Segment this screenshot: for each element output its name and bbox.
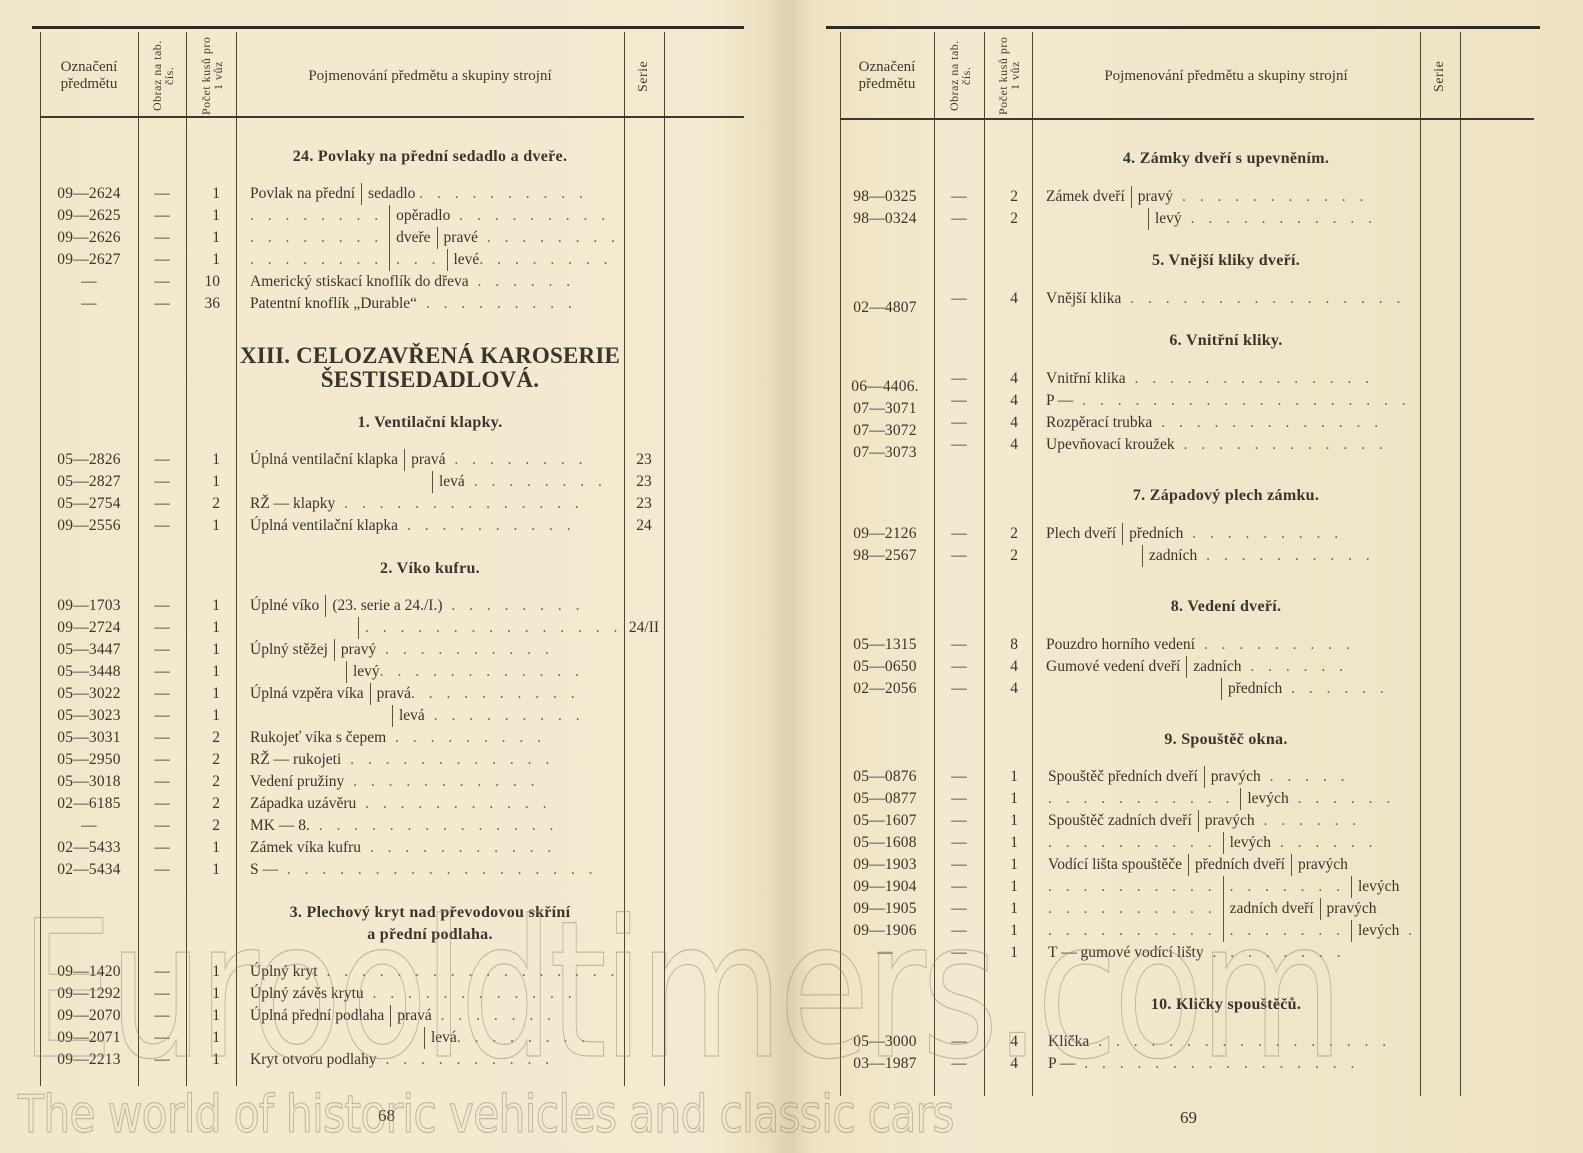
table-row: 05—3031 — 2 Rukojeť víka s čepem . . . .… — [32, 727, 744, 749]
table-row: 09—1906 — 1 . . . . . . . . . .. . . . .… — [826, 920, 1540, 942]
table-row: 02—6185 — 2 Západka uzávěru . . . . . . … — [32, 793, 744, 815]
table-row: 09—2627 — 1 . . . . . . . .. . .levé. . … — [32, 249, 744, 271]
table-row: — — 10 Americký stiskací knoflík do dřev… — [32, 271, 744, 293]
page-number-right: 69 — [1180, 1108, 1197, 1128]
section-title: 10. Kličky spouštěčů. — [1032, 996, 1420, 1014]
table-row: 05—2827 — 1 levá . . . . . . . . 23 — [32, 471, 744, 493]
table-row: 09—2071 — 1 levá. . . . . . . . — [32, 1027, 744, 1049]
table-row: 09—1420 — 1 Úplný kryt . . . . . . . . .… — [32, 961, 744, 983]
table-row: 05—3448 — 1 levý. . . . . . . . . . . . — [32, 661, 744, 683]
section-title: 7. Západový plech zámku. — [1032, 487, 1420, 505]
header-name: Pojmenování předmětu a skupiny strojní — [236, 36, 624, 116]
table-row: 05—2754 — 2 RŽ — klapky . . . . . . . . … — [32, 493, 744, 515]
table-row: 09—2625 — 1 . . . . . . . .opěradlo . . … — [32, 205, 744, 227]
table-row: 05—2826 — 1 Úplná ventilační klapkapravá… — [32, 449, 744, 471]
table-row: 09—2070 — 1 Úplná přední podlahapravá . … — [32, 1005, 744, 1027]
right-page: Označení předmětu Obraz na tab. čís. Poč… — [826, 26, 1540, 1096]
table-row: 02—2056 — 4 předních . . . . . . — [826, 678, 1540, 700]
header-image: Obraz na tab. čís. — [144, 36, 182, 116]
section-title-line2: a přední podlaha. — [236, 926, 624, 944]
table-row: 09—1905 — 1 . . . . . . . . . .zadních d… — [826, 898, 1540, 920]
table-row: 06—4406. — 4 Vnitřní klika . . . . . . .… — [826, 368, 1540, 390]
table-row: 05—3018 — 2 Vedení pružiny . . . . . . .… — [32, 771, 744, 793]
table-row: 02—5433 — 1 Zámek víka kufru . . . . . .… — [32, 837, 744, 859]
page-number-left: 68 — [378, 1106, 395, 1126]
table-row: 02—5434 — 1 S — . . . . . . . . . . . . … — [32, 859, 744, 881]
table-row: 05—0650 — 4 Gumové vedení dveřízadních .… — [826, 656, 1540, 678]
header-rule — [40, 116, 744, 118]
table-row: 03—1987 — 4 P — . . . . . . . . . . . . … — [826, 1053, 1540, 1075]
header-serie: Serie — [626, 36, 662, 116]
table-row: 09—1292 — 1 Úplný závěs krytu . . . . . … — [32, 983, 744, 1005]
section-title: 8. Vedení dveří. — [1032, 598, 1420, 616]
chapter-title-line1: XIII. CELOZAVŘENÁ KAROSERIE — [236, 344, 624, 368]
table-row: 09—1903 — 1 Vodící lišta spouštěčepřední… — [826, 854, 1540, 876]
book-gutter — [770, 0, 810, 1153]
section-title: 1. Ventilační klapky. — [236, 414, 624, 432]
table-row: 07—3073 — 4 Upevňovací kroužek . . . . .… — [826, 434, 1540, 456]
header-serie: Serie — [1422, 36, 1458, 116]
table-row: 09—1703 — 1 Úplné víko(23. serie a 24./I… — [32, 595, 744, 617]
section-title: 24. Povlaky na přední sedadlo a dveře. — [236, 148, 624, 166]
top-rule — [32, 26, 744, 29]
header-name: Pojmenování předmětu a skupiny strojní — [1032, 36, 1420, 116]
table-row: 05—1607 — 1 Spouštěč zadních dveřípravýc… — [826, 810, 1540, 832]
table-row: 05—0877 — 1 . . . . . . . . . . .levých … — [826, 788, 1540, 810]
table-row: 05—1315 — 8 Pouzdro horního vedení . . .… — [826, 634, 1540, 656]
top-rule — [826, 26, 1540, 29]
header-code: Označení předmětu — [840, 36, 934, 116]
table-row: — — 1 T — gumové vodící lišty . . . . . … — [826, 942, 1540, 964]
table-row: 05—3447 — 1 Úplný stěžejpravý . . . . . … — [32, 639, 744, 661]
table-row: 07—3072 — 4 Rozpěrací trubka . . . . . .… — [826, 412, 1540, 434]
section-title: 2. Víko kufru. — [236, 560, 624, 578]
table-row: 09—2626 — 1 . . . . . . . .dveřepravé . … — [32, 227, 744, 249]
table-row: 09—2126 — 2 Plech dveřípředních . . . . … — [826, 523, 1540, 545]
table-row: 09—2724 — 1 . . . . . . . . . . . . . . … — [32, 617, 744, 639]
table-row: 98—0325 — 2 Zámek dveřípravý . . . . . .… — [826, 186, 1540, 208]
section-title-line1: 3. Plechový kryt nad převodovou skříní — [236, 904, 624, 922]
table-row: 09—1904 — 1 . . . . . . . . . .. . . . .… — [826, 876, 1540, 898]
table-row: 05—3022 — 1 Úplná vzpěra víkapravá. . . … — [32, 683, 744, 705]
header-image: Obraz na tab. čís. — [940, 36, 980, 116]
table-row: 05—3000 — 4 Klička . . . . . . . . . . .… — [826, 1031, 1540, 1053]
section-title: 9. Spouštěč okna. — [1032, 731, 1420, 749]
table-row: 09—2624 — 1 Povlak na přednísedadlo . . … — [32, 183, 744, 205]
section-title: 4. Zámky dveří s upevněním. — [1032, 150, 1420, 168]
left-page: Označení předmětu Obraz na tab. čís. Poč… — [32, 26, 744, 1086]
chapter-title-line2: ŠESTISEDADLOVÁ. — [236, 368, 624, 392]
table-row: 07—3071 — 4 P — . . . . . . . . . . . . … — [826, 390, 1540, 412]
section-title: 6. Vnitřní kliky. — [1032, 332, 1420, 350]
table-row: 05—2950 — 2 RŽ — rukojeti . . . . . . . … — [32, 749, 744, 771]
table-row: 09—2556 — 1 Úplná ventilační klapka . . … — [32, 515, 744, 537]
table-row: 09—2213 — 1 Kryt otvoru podlahy . . . . … — [32, 1049, 744, 1071]
header-qty: Počet kusů pro 1 vůz — [988, 36, 1030, 116]
header-code: Označení předmětu — [40, 36, 138, 116]
table-row: — — 36 Patentní knoflík „Durable“ . . . … — [32, 293, 744, 315]
header-qty: Počet kusů pro 1 vůz — [190, 36, 234, 116]
table-row: 98—0324 — 2 levý . . . . . . . . . . . — [826, 208, 1540, 230]
table-row: 98—2567 — 2 zadních . . . . . . . . . . — [826, 545, 1540, 567]
table-row: 05—3023 — 1 levá . . . . . . . . . — [32, 705, 744, 727]
table-row: 05—0876 — 1 Spouštěč předních dveřípravý… — [826, 766, 1540, 788]
table-row: — — 2 MK — 8. . . . . . . . . . . . . . … — [32, 815, 744, 837]
header-rule — [840, 118, 1534, 120]
table-row: 02—4807 — 4 Vnější klika . . . . . . . .… — [826, 288, 1540, 310]
section-title: 5. Vnější kliky dveří. — [1032, 252, 1420, 270]
table-row: 05—1608 — 1 . . . . . . . . . .levých . … — [826, 832, 1540, 854]
